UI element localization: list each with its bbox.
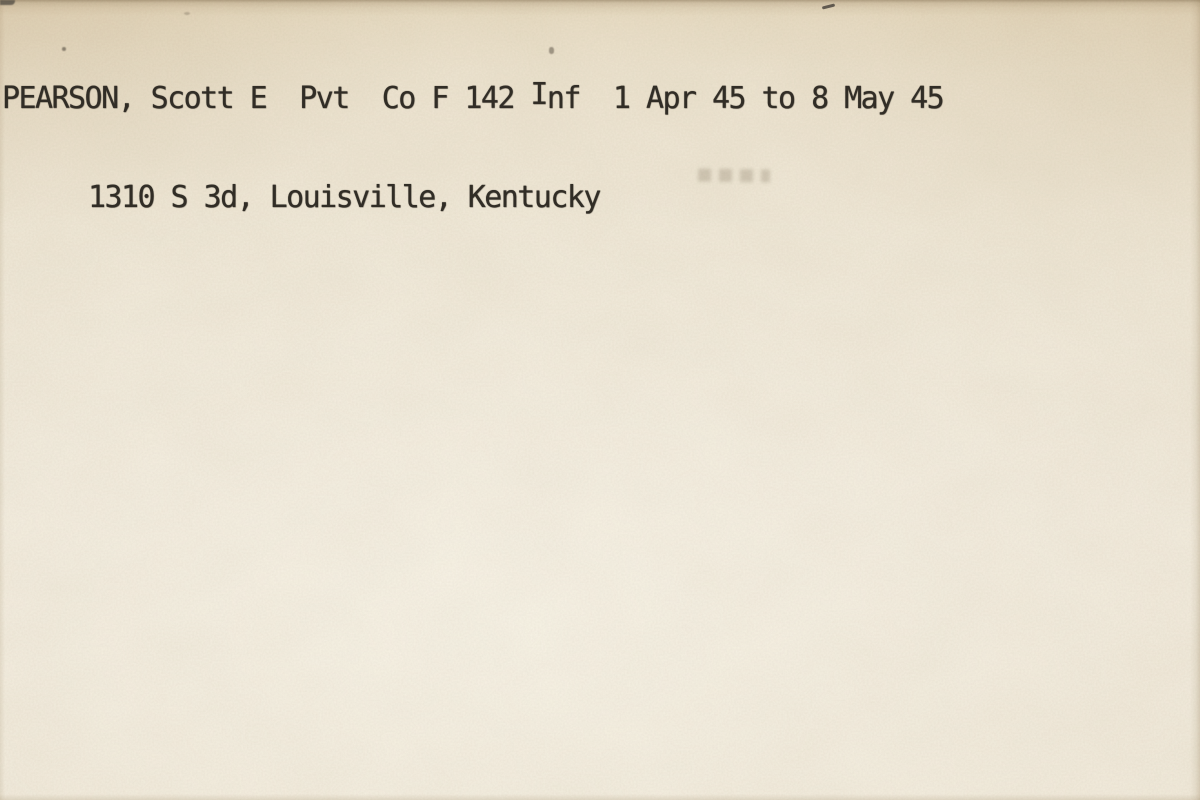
ink-speck (184, 12, 190, 15)
scanned-index-card: PEARSON, Scott E Pvt Co F 142 Inf 1 Apr … (0, 0, 1200, 800)
typed-line-service-record: PEARSON, Scott E Pvt Co F 142 Inf 1 Apr … (2, 82, 943, 115)
line1-dates: nf 1 Apr 45 to 8 May 45 (547, 81, 943, 116)
line1-raised-letter-i: I (530, 78, 547, 111)
typed-text-block: PEARSON, Scott E Pvt Co F 142 Inf 1 Apr … (2, 16, 943, 280)
stray-tick-mark (822, 3, 835, 9)
line1-name-rank-unit: PEARSON, Scott E Pvt Co F 142 (2, 81, 530, 116)
typed-line-address: 1310 S 3d, Louisville, Kentucky (2, 181, 943, 214)
scan-edge-nick (0, 0, 15, 5)
